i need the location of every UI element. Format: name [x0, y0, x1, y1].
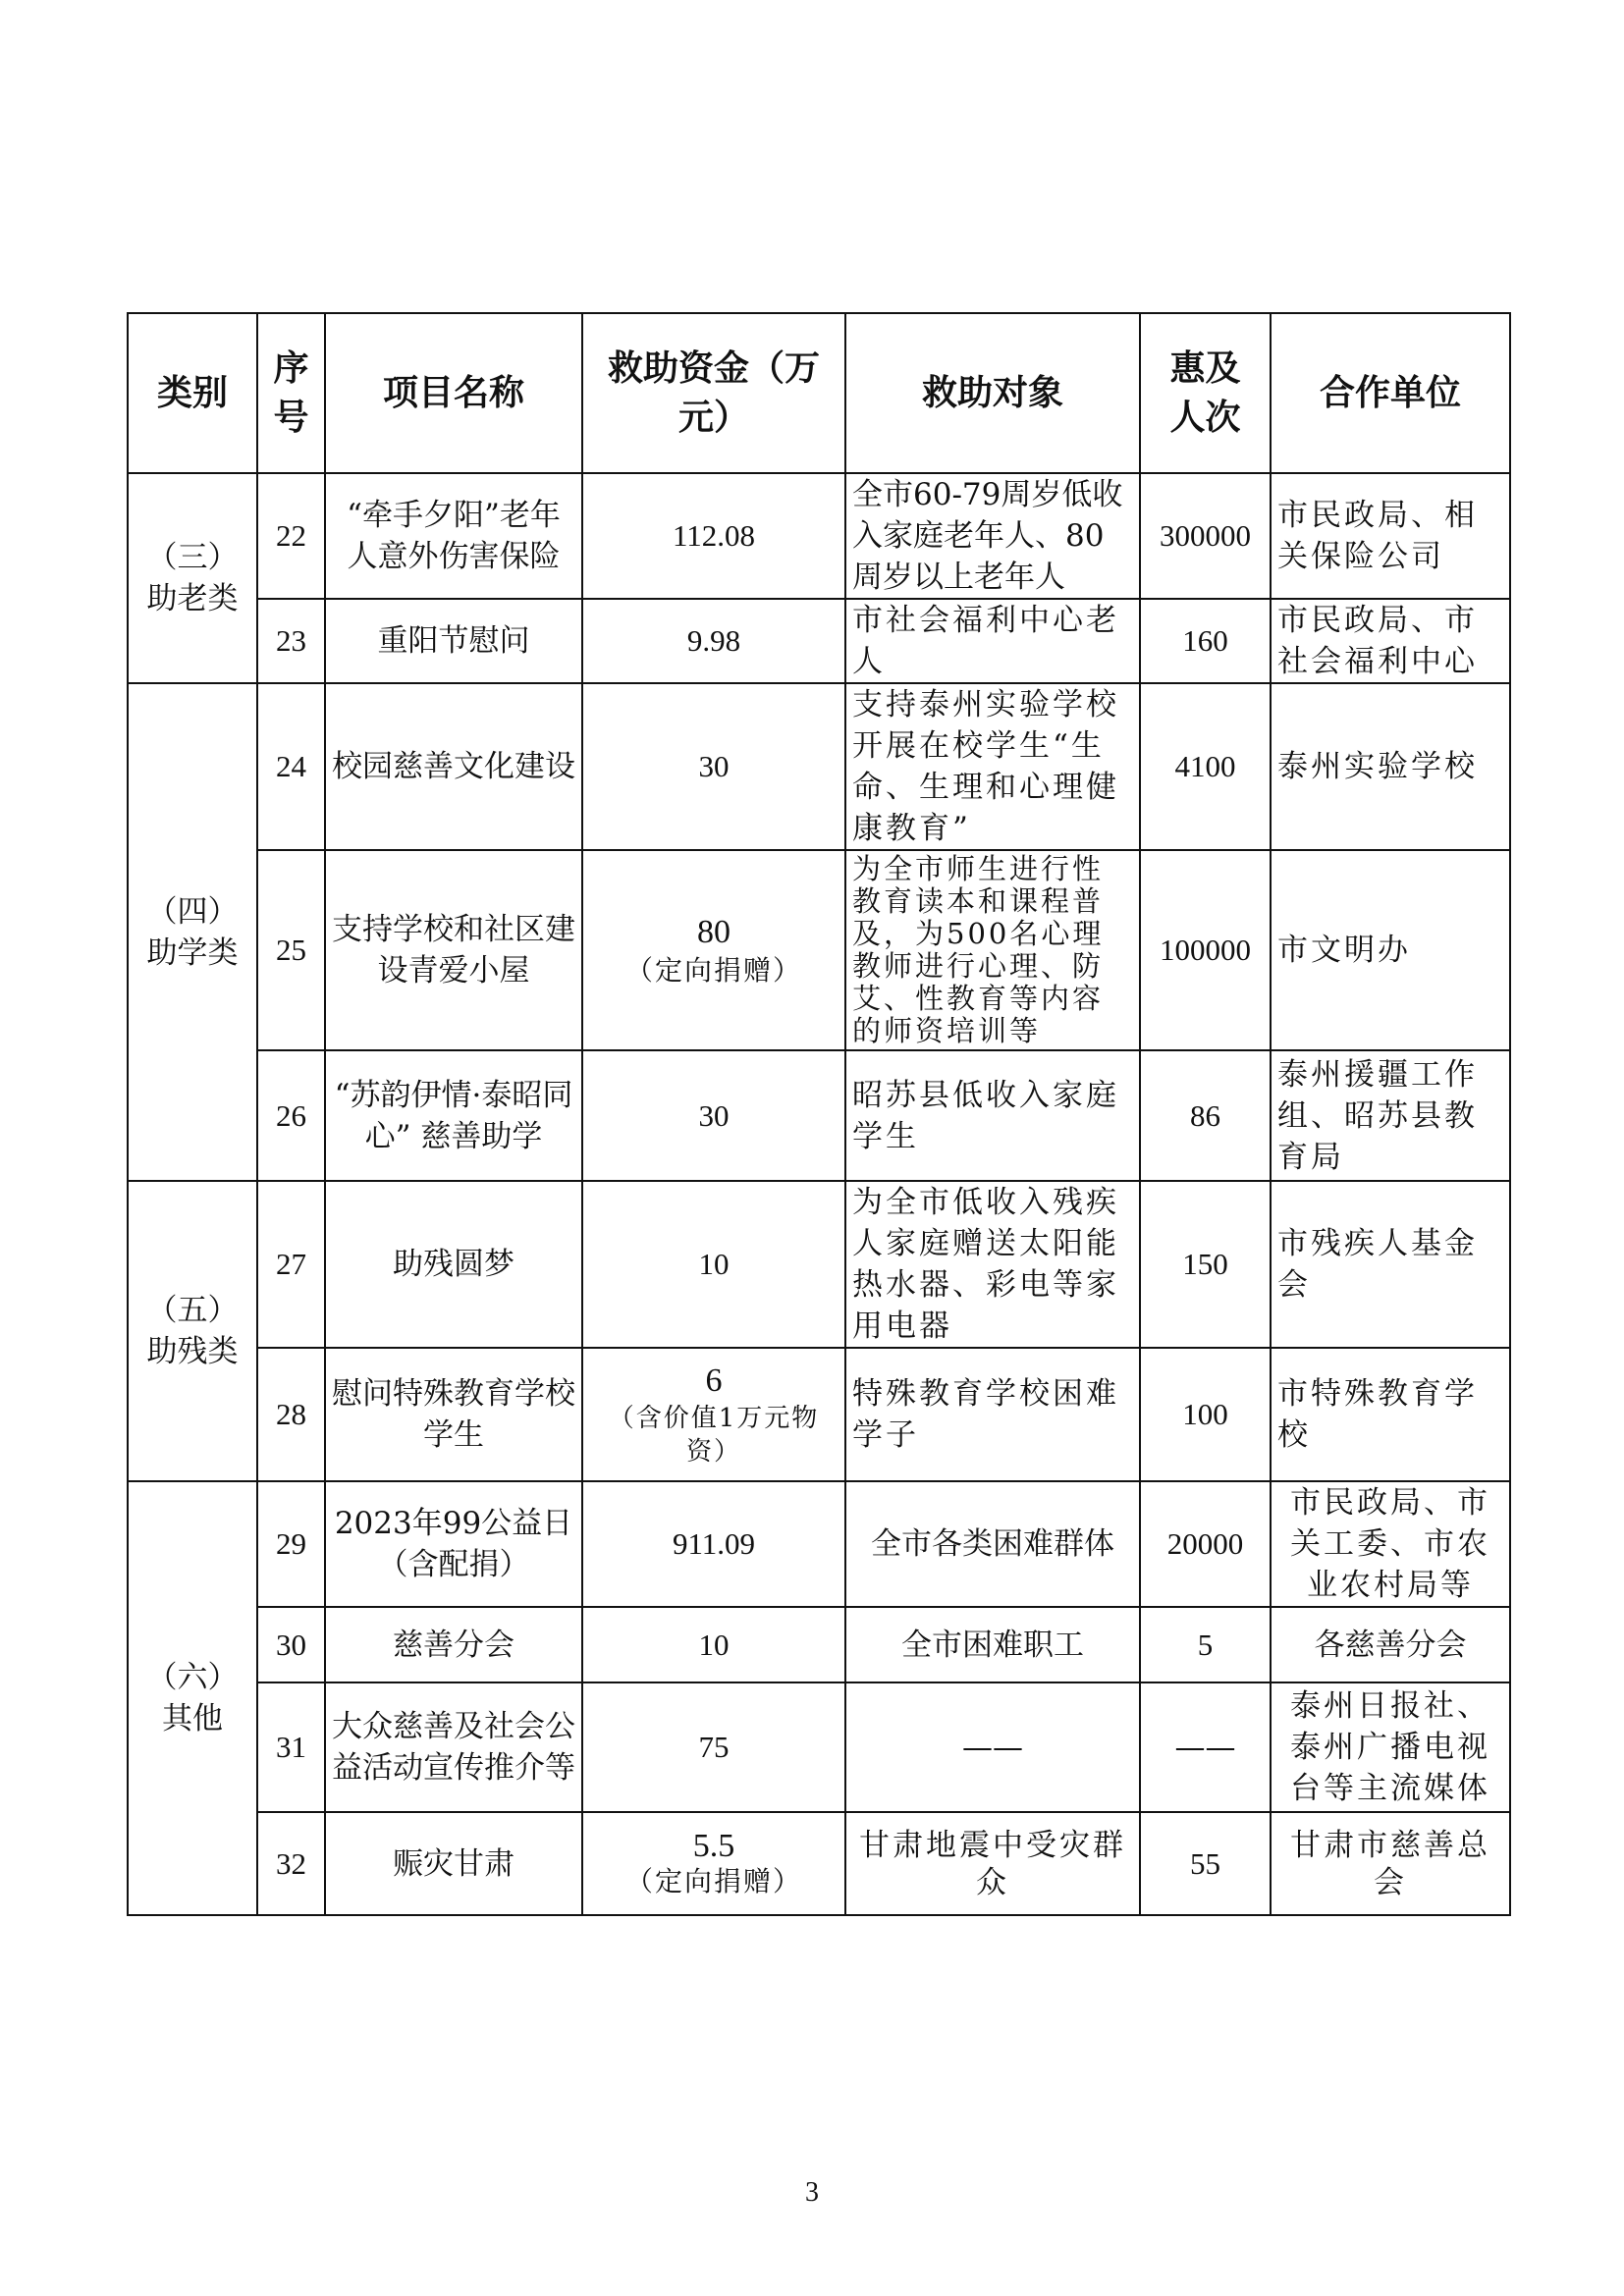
project-cell: 助残圆梦 [325, 1181, 582, 1348]
project-cell: 支持学校和社区建设青爱小屋 [325, 850, 582, 1050]
table-row: 32 赈灾甘肃 5.5 （定向捐赠） 甘肃地震中受灾群众 55 甘肃市慈善总会 [128, 1812, 1510, 1915]
table-row: 30 慈善分会 10 全市困难职工 5 各慈善分会 [128, 1607, 1510, 1682]
project-cell: 慰问特殊教育学校学生 [325, 1348, 582, 1481]
table-row: 25 支持学校和社区建设青爱小屋 80 （定向捐赠） 为全市师生进行性教育读本和… [128, 850, 1510, 1050]
funds-amount: 80 [589, 912, 839, 953]
project-cell: 慈善分会 [325, 1607, 582, 1682]
target-cell: 全市60-79周岁低收入家庭老年人、80周岁以上老年人 [845, 473, 1140, 599]
project-cell: 校园慈善文化建设 [325, 683, 582, 850]
seq-cell: 23 [257, 599, 325, 683]
partner-cell: 泰州日报社、泰州广播电视台等主流媒体 [1271, 1682, 1510, 1812]
project-cell: “牵手夕阳”老年人意外伤害保险 [325, 473, 582, 599]
beneficiaries-cell: 55 [1140, 1812, 1271, 1915]
table-row: 26 “苏韵伊情·泰昭同心” 慈善助学 30 昭苏县低收入家庭学生 86 泰州援… [128, 1050, 1510, 1181]
header-beneficiaries: 惠及人次 [1140, 313, 1271, 473]
partner-cell: 市民政局、市关工委、市农业农村局等 [1271, 1481, 1510, 1607]
partner-cell: 市残疾人基金会 [1271, 1181, 1510, 1348]
partner-cell: 泰州实验学校 [1271, 683, 1510, 850]
seq-cell: 22 [257, 473, 325, 599]
project-cell: “苏韵伊情·泰昭同心” 慈善助学 [325, 1050, 582, 1181]
category-label: 助残类 [135, 1331, 250, 1372]
seq-cell: 29 [257, 1481, 325, 1607]
funds-cell: 30 [582, 1050, 845, 1181]
funds-cell: 80 （定向捐赠） [582, 850, 845, 1050]
funds-cell: 5.5 （定向捐赠） [582, 1812, 845, 1915]
header-category: 类别 [128, 313, 257, 473]
header-seq: 序号 [257, 313, 325, 473]
table-row: （六） 其他 29 2023年99公益日（含配捐） 911.09 全市各类困难群… [128, 1481, 1510, 1607]
table-header-row: 类别 序号 项目名称 救助资金（万元） 救助对象 惠及人次 合作单位 [128, 313, 1510, 473]
partner-cell: 市民政局、相关保险公司 [1271, 473, 1510, 599]
category-label: 助学类 [135, 933, 250, 974]
funds-amount: 6 [589, 1361, 839, 1402]
target-cell: 甘肃地震中受灾群众 [845, 1812, 1140, 1915]
table-row: （四） 助学类 24 校园慈善文化建设 30 支持泰州实验学校开展在校学生“生命… [128, 683, 1510, 850]
funds-note: （定向捐赠） [589, 1864, 839, 1899]
target-cell: 支持泰州实验学校开展在校学生“生命、生理和心理健康教育” [845, 683, 1140, 850]
table-row: （五） 助残类 27 助残圆梦 10 为全市低收入残疾人家庭赠送太阳能热水器、彩… [128, 1181, 1510, 1348]
target-cell: 特殊教育学校困难学子 [845, 1348, 1140, 1481]
target-cell: —— [845, 1682, 1140, 1812]
target-cell: 全市困难职工 [845, 1607, 1140, 1682]
target-cell: 市社会福利中心老人 [845, 599, 1140, 683]
category-cell: （五） 助残类 [128, 1181, 257, 1481]
target-cell: 全市各类困难群体 [845, 1481, 1140, 1607]
funds-cell: 911.09 [582, 1481, 845, 1607]
table-row: 28 慰问特殊教育学校学生 6 （含价值1万元物资） 特殊教育学校困难学子 10… [128, 1348, 1510, 1481]
partner-cell: 泰州援疆工作组、昭苏县教育局 [1271, 1050, 1510, 1181]
beneficiaries-cell: 150 [1140, 1181, 1271, 1348]
category-index: （六） [135, 1657, 250, 1698]
beneficiaries-cell: 5 [1140, 1607, 1271, 1682]
seq-cell: 27 [257, 1181, 325, 1348]
beneficiaries-cell: 100000 [1140, 850, 1271, 1050]
funds-amount: 5.5 [589, 1829, 839, 1864]
partner-cell: 甘肃市慈善总会 [1271, 1812, 1510, 1915]
seq-cell: 26 [257, 1050, 325, 1181]
seq-cell: 30 [257, 1607, 325, 1682]
seq-cell: 31 [257, 1682, 325, 1812]
category-cell: （三） 助老类 [128, 473, 257, 683]
category-index: （五） [135, 1290, 250, 1331]
funds-cell: 6 （含价值1万元物资） [582, 1348, 845, 1481]
partner-cell: 各慈善分会 [1271, 1607, 1510, 1682]
charity-projects-table: 类别 序号 项目名称 救助资金（万元） 救助对象 惠及人次 合作单位 （三） 助… [127, 312, 1511, 1916]
header-partner: 合作单位 [1271, 313, 1510, 473]
project-cell: 大众慈善及社会公益活动宣传推介等 [325, 1682, 582, 1812]
category-label: 其他 [135, 1698, 250, 1739]
category-cell: （四） 助学类 [128, 683, 257, 1181]
table-row: （三） 助老类 22 “牵手夕阳”老年人意外伤害保险 112.08 全市60-7… [128, 473, 1510, 599]
category-index: （三） [135, 537, 250, 578]
category-cell: （六） 其他 [128, 1481, 257, 1915]
category-label: 助老类 [135, 578, 250, 619]
funds-cell: 10 [582, 1607, 845, 1682]
funds-cell: 9.98 [582, 599, 845, 683]
beneficiaries-cell: 20000 [1140, 1481, 1271, 1607]
project-cell: 2023年99公益日（含配捐） [325, 1481, 582, 1607]
funds-cell: 112.08 [582, 473, 845, 599]
target-cell: 昭苏县低收入家庭学生 [845, 1050, 1140, 1181]
target-cell: 为全市低收入残疾人家庭赠送太阳能热水器、彩电等家用电器 [845, 1181, 1140, 1348]
seq-cell: 24 [257, 683, 325, 850]
project-cell: 重阳节慰问 [325, 599, 582, 683]
header-target: 救助对象 [845, 313, 1140, 473]
target-cell: 为全市师生进行性教育读本和课程普及，为500名心理教师进行心理、防艾、性教育等内… [845, 850, 1140, 1050]
table-row: 31 大众慈善及社会公益活动宣传推介等 75 —— —— 泰州日报社、泰州广播电… [128, 1682, 1510, 1812]
page-number: 3 [0, 2177, 1624, 2209]
table-row: 23 重阳节慰问 9.98 市社会福利中心老人 160 市民政局、市社会福利中心 [128, 599, 1510, 683]
seq-cell: 25 [257, 850, 325, 1050]
beneficiaries-cell: 300000 [1140, 473, 1271, 599]
seq-cell: 28 [257, 1348, 325, 1481]
seq-cell: 32 [257, 1812, 325, 1915]
partner-cell: 市特殊教育学校 [1271, 1348, 1510, 1481]
beneficiaries-cell: 160 [1140, 599, 1271, 683]
document-page: 类别 序号 项目名称 救助资金（万元） 救助对象 惠及人次 合作单位 （三） 助… [0, 0, 1624, 2296]
project-cell: 赈灾甘肃 [325, 1812, 582, 1915]
header-funds: 救助资金（万元） [582, 313, 845, 473]
beneficiaries-cell: 4100 [1140, 683, 1271, 850]
header-project: 项目名称 [325, 313, 582, 473]
funds-note: （含价值1万元物资） [589, 1402, 839, 1468]
beneficiaries-cell: 100 [1140, 1348, 1271, 1481]
beneficiaries-cell: —— [1140, 1682, 1271, 1812]
category-index: （四） [135, 891, 250, 933]
funds-cell: 30 [582, 683, 845, 850]
funds-cell: 75 [582, 1682, 845, 1812]
partner-cell: 市文明办 [1271, 850, 1510, 1050]
beneficiaries-cell: 86 [1140, 1050, 1271, 1181]
funds-note: （定向捐赠） [589, 953, 839, 988]
partner-cell: 市民政局、市社会福利中心 [1271, 599, 1510, 683]
funds-cell: 10 [582, 1181, 845, 1348]
